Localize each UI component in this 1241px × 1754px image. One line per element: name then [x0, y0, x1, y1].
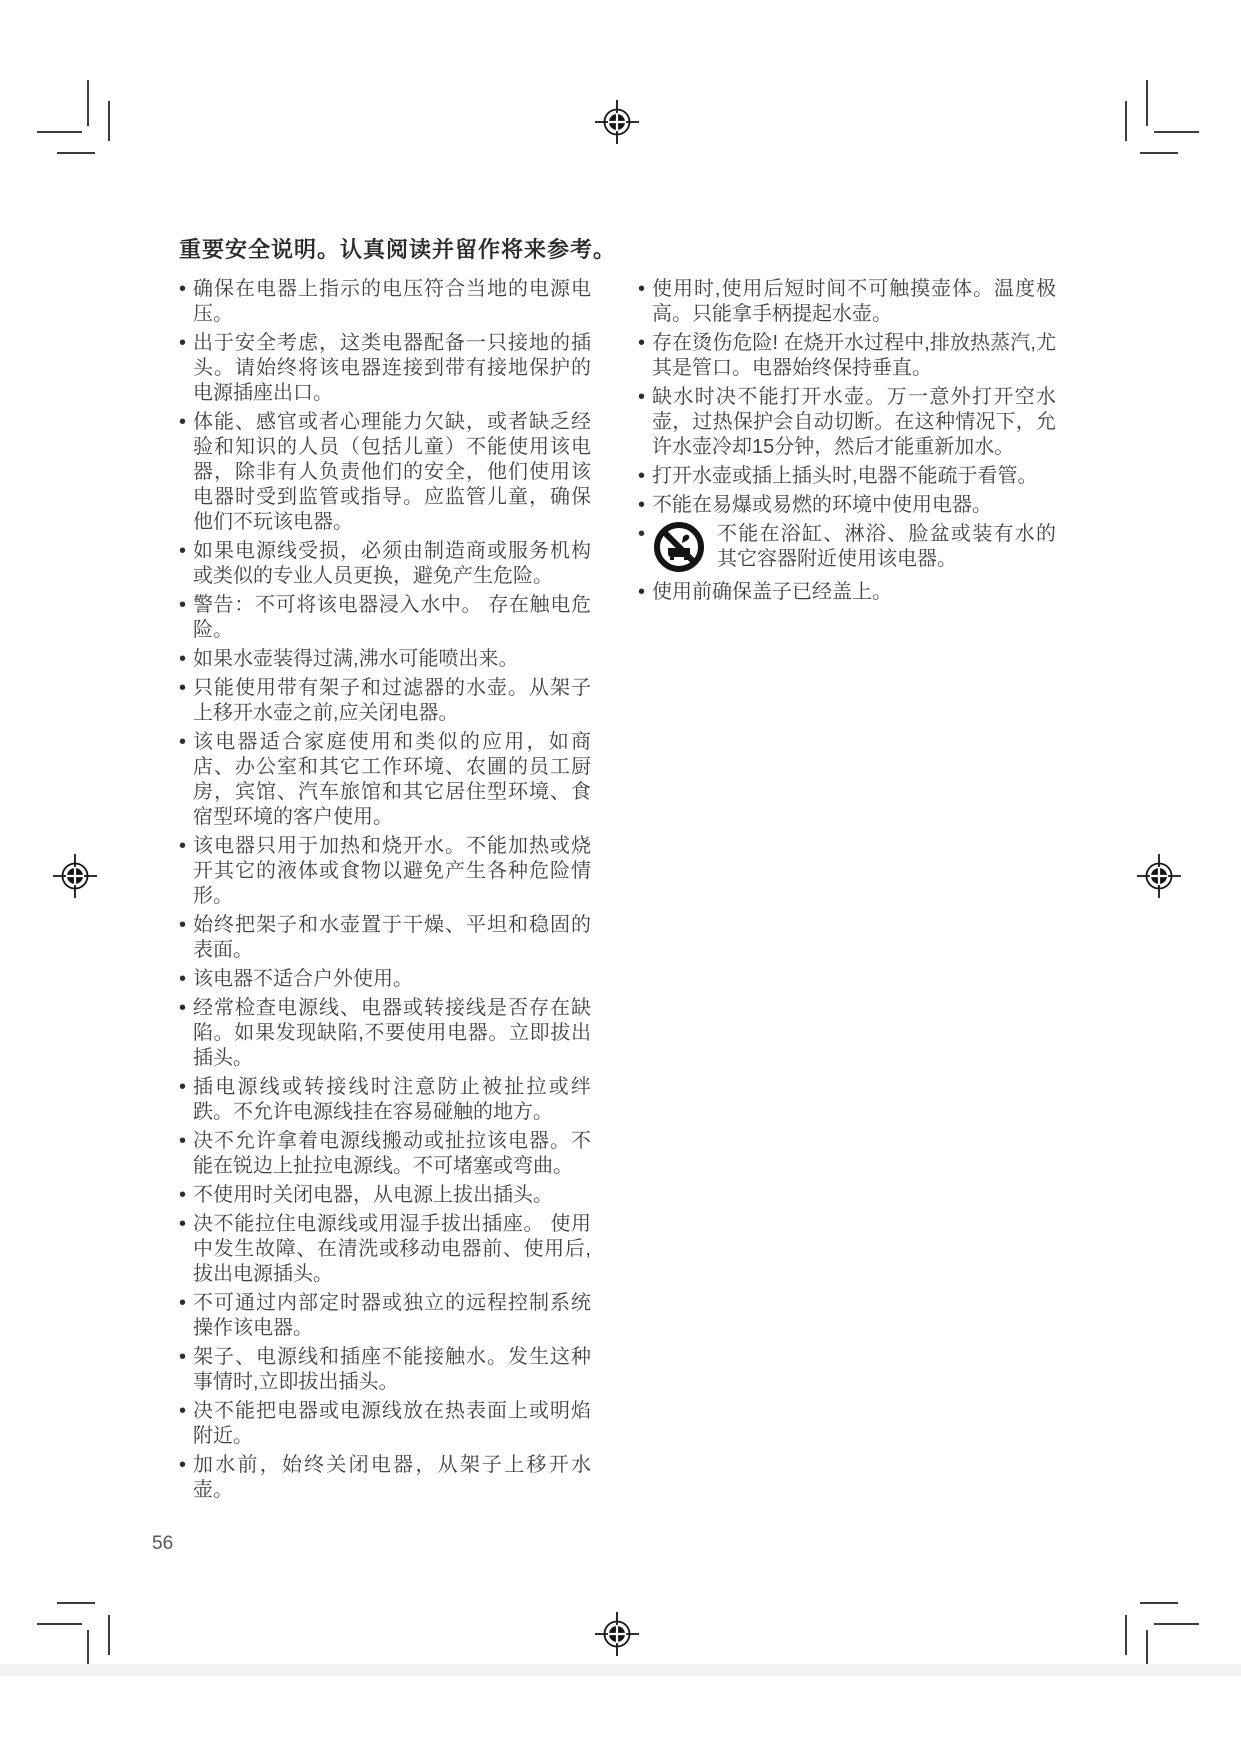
- registration-mark: [53, 854, 97, 898]
- manual-page: 重要安全说明。认真阅读并留作将来参考。 •确保在电器上指示的电压符合当地的电源电…: [0, 0, 1241, 1754]
- safety-instruction-text: 决不允许拿着电源线搬动或扯拉该电器。不能在锐边上扯拉电源线。不可堵塞或弯曲。: [193, 1130, 591, 1177]
- safety-instruction-text: 出于安全考虑，这类电器配备一只接地的插头。请始终将该电器连接到带有接地保护的电源…: [193, 332, 591, 404]
- safety-instruction-text: 决不能把电器或电源线放在热表面上或明焰附近。: [193, 1400, 591, 1447]
- safety-instruction-text: 打开水壶或插上插头时,电器不能疏于看管。: [652, 465, 1038, 487]
- crop-mark: [87, 80, 89, 126]
- bullet-marker: •: [179, 1183, 186, 1208]
- bullet-marker: •: [179, 1291, 186, 1316]
- safety-instruction-text: 体能、感官或者心理能力欠缺，或者缺乏经验和知识的人员（包括儿童）不能使用该电器，…: [193, 411, 591, 533]
- safety-instruction-item: •出于安全考虑，这类电器配备一只接地的插头。请始终将该电器连接到带有接地保护的电…: [179, 331, 591, 406]
- bullet-marker: •: [179, 410, 186, 435]
- safety-instruction-item: •插电源线或转接线时注意防止被扯拉或绊跌。不允许电源线挂在容易碰触的地方。: [179, 1075, 591, 1125]
- scan-artifact-band: [0, 1664, 1241, 1676]
- bullet-marker: •: [179, 676, 186, 701]
- registration-mark: [595, 1612, 639, 1656]
- safety-instruction-text: 如果水壶装得过满,沸水可能喷出来。: [193, 648, 519, 670]
- safety-instruction-text: 该电器只用于加热和烧开水。不能加热或烧开其它的液体或食物以避免产生各种危险情形。: [193, 835, 591, 907]
- safety-instruction-text: 不可通过内部定时器或独立的远程控制系统操作该电器。: [193, 1292, 591, 1339]
- registration-target-icon: [53, 854, 97, 898]
- bullet-marker: •: [179, 996, 186, 1021]
- crop-mark: [37, 1623, 82, 1625]
- safety-instruction-text: 该电器不适合户外使用。: [193, 968, 413, 990]
- safety-instruction-text: 使用前确保盖子已经盖上。: [652, 581, 892, 603]
- safety-instruction-text: 使用时,使用后短时间不可触摸壶体。温度极高。只能拿手柄提起水壶。: [652, 278, 1056, 325]
- bullet-marker: •: [179, 331, 186, 356]
- registration-target-icon: [595, 1612, 639, 1656]
- bullet-marker: •: [179, 913, 186, 938]
- no-use-near-water-icon: [653, 521, 705, 573]
- safety-instructions-right-column: •使用时,使用后短时间不可触摸壶体。温度极高。只能拿手柄提起水壶。•存在烫伤危险…: [638, 277, 1056, 609]
- registration-mark: [595, 100, 639, 144]
- safety-instruction-text: 始终把架子和水壶置于干燥、平坦和稳固的表面。: [193, 914, 591, 961]
- safety-instruction-item: •决不允许拿着电源线搬动或扯拉该电器。不能在锐边上扯拉电源线。不可堵塞或弯曲。: [179, 1129, 591, 1179]
- bullet-marker: •: [638, 331, 645, 356]
- safety-instruction-text: 如果电源线受损，必须由制造商或服务机构或类似的专业人员更换，避免产生危险。: [193, 540, 591, 587]
- bullet-marker: •: [179, 593, 186, 618]
- bullet-marker: •: [638, 464, 645, 489]
- safety-instruction-item: •打开水壶或插上插头时,电器不能疏于看管。: [638, 464, 1056, 489]
- safety-instruction-item: •不可通过内部定时器或独立的远程控制系统操作该电器。: [179, 1291, 591, 1341]
- safety-instruction-item: •加水前，始终关闭电器，从架子上移开水壶。: [179, 1453, 591, 1503]
- safety-instruction-text: 确保在电器上指示的电压符合当地的电源电压。: [193, 278, 591, 325]
- safety-instruction-item: • 不能在浴缸、淋浴、脸盆或装有水的其它容器附近使用该电器。: [638, 522, 1056, 576]
- bullet-marker: •: [179, 647, 186, 672]
- bullet-marker: •: [179, 1399, 186, 1424]
- crop-mark: [37, 131, 82, 133]
- safety-instruction-text: 警告：不可将该电器浸入水中。 存在触电危险。: [193, 594, 591, 641]
- crop-mark: [1154, 1623, 1199, 1625]
- bullet-marker: •: [179, 277, 186, 302]
- bullet-marker: •: [179, 539, 186, 564]
- safety-instruction-item: •只能使用带有架子和过滤器的水壶。从架子上移开水壶之前,应关闭电器。: [179, 676, 591, 726]
- bullet-marker: •: [638, 493, 645, 518]
- bullet-marker: •: [179, 730, 186, 755]
- safety-instruction-text: 经常检查电源线、电器或转接线是否存在缺陷。如果发现缺陷,不要使用电器。立即拔出插…: [193, 997, 591, 1069]
- safety-instruction-item: •使用时,使用后短时间不可触摸壶体。温度极高。只能拿手柄提起水壶。: [638, 277, 1056, 327]
- safety-instruction-text: 插电源线或转接线时注意防止被扯拉或绊跌。不允许电源线挂在容易碰触的地方。: [193, 1076, 591, 1123]
- page-number: 56: [152, 1533, 173, 1555]
- safety-instruction-item: •不能在易爆或易燃的环境中使用电器。: [638, 493, 1056, 518]
- crop-mark: [108, 1615, 110, 1655]
- registration-target-icon: [595, 100, 639, 144]
- bullet-marker: •: [638, 580, 645, 605]
- safety-instruction-text: 缺水时决不能打开水壶。万一意外打开空水壶，过热保护会自动切断。在这种情况下，允许…: [652, 386, 1056, 458]
- crop-mark: [1125, 101, 1127, 141]
- bullet-marker: •: [638, 277, 645, 302]
- safety-instruction-item: •经常检查电源线、电器或转接线是否存在缺陷。如果发现缺陷,不要使用电器。立即拔出…: [179, 996, 591, 1071]
- safety-instruction-item: •如果电源线受损，必须由制造商或服务机构或类似的专业人员更换，避免产生危险。: [179, 539, 591, 589]
- crop-mark: [1125, 1615, 1127, 1655]
- crop-mark: [1140, 1602, 1178, 1604]
- safety-instruction-item: •体能、感官或者心理能力欠缺，或者缺乏经验和知识的人员（包括儿童）不能使用该电器…: [179, 410, 591, 535]
- registration-mark: [1137, 854, 1181, 898]
- safety-instruction-text: 该电器适合家庭使用和类似的应用，如商店、办公室和其它工作环境、农圃的员工厨房，宾…: [193, 731, 591, 828]
- registration-target-icon: [1137, 854, 1181, 898]
- safety-instruction-item: •警告：不可将该电器浸入水中。 存在触电危险。: [179, 593, 591, 643]
- crop-mark: [1154, 131, 1199, 133]
- safety-instruction-item: •始终把架子和水壶置于干燥、平坦和稳固的表面。: [179, 913, 591, 963]
- safety-instruction-text: 架子、电源线和插座不能接触水。发生这种事情时,立即拔出插头。: [193, 1346, 591, 1393]
- safety-instruction-item: •如果水壶装得过满,沸水可能喷出来。: [179, 647, 591, 672]
- safety-instruction-item: •不使用时关闭电器，从电源上拔出插头。: [179, 1183, 591, 1208]
- safety-instruction-text: 不能在易爆或易燃的环境中使用电器。: [652, 494, 992, 516]
- safety-instruction-item: •该电器适合家庭使用和类似的应用，如商店、办公室和其它工作环境、农圃的员工厨房，…: [179, 730, 591, 830]
- bullet-marker: •: [179, 1345, 186, 1370]
- safety-instruction-text: 只能使用带有架子和过滤器的水壶。从架子上移开水壶之前,应关闭电器。: [193, 677, 591, 724]
- safety-instruction-item: •该电器只用于加热和烧开水。不能加热或烧开其它的液体或食物以避免产生各种危险情形…: [179, 834, 591, 909]
- crop-mark: [57, 1602, 95, 1604]
- safety-instruction-text: 决不能拉住电源线或用湿手拔出插座。 使用中发生故障、在清洗或移动电器前、使用后,…: [193, 1213, 591, 1285]
- safety-instruction-item: •决不能把电器或电源线放在热表面上或明焰附近。: [179, 1399, 591, 1449]
- safety-instruction-text: 不使用时关闭电器，从电源上拔出插头。: [193, 1184, 553, 1206]
- bullet-marker: •: [179, 1453, 186, 1478]
- crop-mark: [1140, 152, 1178, 154]
- safety-instruction-item: •缺水时决不能打开水壶。万一意外打开空水壶，过热保护会自动切断。在这种情况下，允…: [638, 385, 1056, 460]
- bullet-marker: •: [638, 385, 645, 410]
- crop-mark: [1146, 80, 1148, 126]
- bullet-marker: •: [179, 834, 186, 859]
- crop-mark: [108, 101, 110, 141]
- safety-instructions-left-column: •确保在电器上指示的电压符合当地的电源电压。•出于安全考虑，这类电器配备一只接地…: [179, 277, 591, 1507]
- safety-instruction-text: 不能在浴缸、淋浴、脸盆或装有水的其它容器附近使用该电器。: [717, 523, 1056, 570]
- safety-instruction-item: •架子、电源线和插座不能接触水。发生这种事情时,立即拔出插头。: [179, 1345, 591, 1395]
- safety-instruction-item: •使用前确保盖子已经盖上。: [638, 580, 1056, 605]
- page-title: 重要安全说明。认真阅读并留作将来参考。: [179, 233, 616, 264]
- safety-instruction-item: •确保在电器上指示的电压符合当地的电源电压。: [179, 277, 591, 327]
- bullet-marker: •: [638, 522, 645, 547]
- safety-instruction-text: 存在烫伤危险! 在烧开水过程中,排放热蒸汽,尤其是管口。电器始终保持垂直。: [652, 332, 1056, 379]
- bullet-marker: •: [179, 1129, 186, 1154]
- safety-instruction-item: •该电器不适合户外使用。: [179, 967, 591, 992]
- crop-mark: [57, 152, 95, 154]
- safety-instruction-item: •决不能拉住电源线或用湿手拔出插座。 使用中发生故障、在清洗或移动电器前、使用后…: [179, 1212, 591, 1287]
- bullet-marker: •: [179, 1212, 186, 1237]
- bullet-marker: •: [179, 1075, 186, 1100]
- bullet-marker: •: [179, 967, 186, 992]
- safety-instruction-text: 加水前，始终关闭电器，从架子上移开水壶。: [193, 1454, 591, 1501]
- safety-instruction-item: •存在烫伤危险! 在烧开水过程中,排放热蒸汽,尤其是管口。电器始终保持垂直。: [638, 331, 1056, 381]
